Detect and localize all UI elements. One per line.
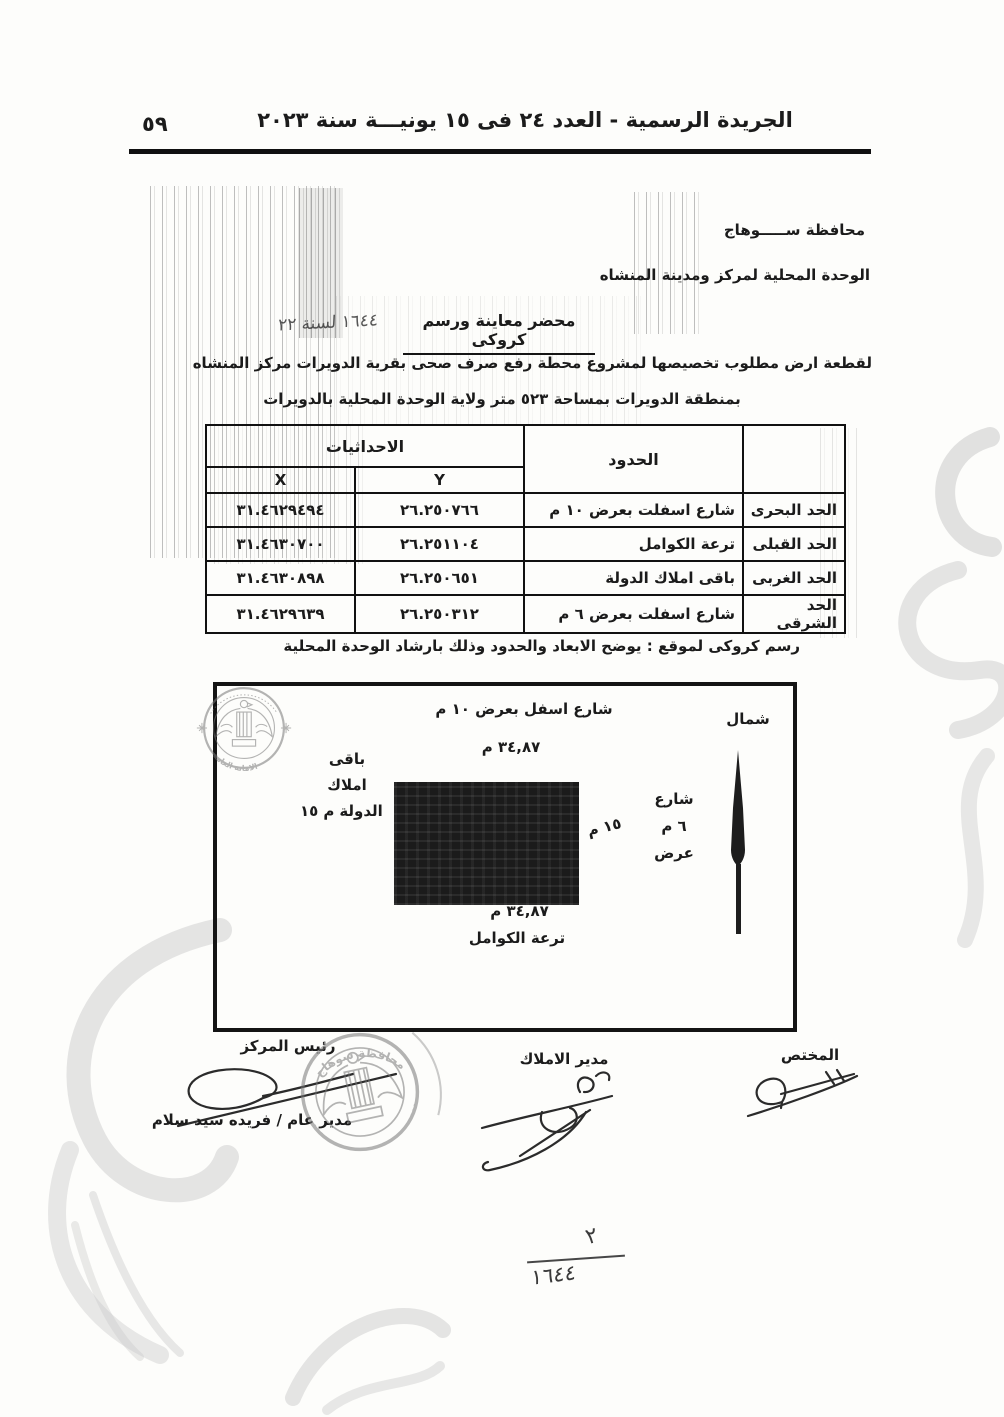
watermark-swirl-bottom-left — [0, 895, 240, 1370]
gazette-scanned-page: ٥٩ الجريدة الرسمية - العدد ٢٤ فى ١٥ يوني… — [0, 0, 1004, 1417]
table-row: ٣١.٤٦٣٠٧٠٠ ٢٦.٢٥١١٠٤ ترعة الكوامل الحد ا… — [206, 527, 845, 561]
border-name: الحد البحرى — [743, 493, 845, 527]
left-label-line: باقى — [300, 746, 394, 772]
y-value: ٢٦.٢٥٠٣١٢ — [355, 595, 524, 633]
gazette-header-title: الجريدة الرسمية - العدد ٢٤ فى ١٥ يونيـــ… — [225, 108, 825, 132]
border-desc: شارع اسفلت بعرض ١٠ م — [524, 493, 743, 527]
x-value: ٣١.٤٦٣٠٧٠٠ — [206, 527, 355, 561]
left-dimension-number: ١٥ — [300, 798, 318, 824]
sketch-bottom-dimension: ٣٤,٨٧ م — [467, 902, 572, 920]
x-column-header: X — [206, 467, 355, 493]
handwritten-numerator: ٢ — [583, 1223, 601, 1250]
table-row: ٣١.٤٦٢٩٤٩٤ ٢٦.٢٥٠٧٦٦ شارع اسفلت بعرض ١٠ … — [206, 493, 845, 527]
y-value: ٢٦.٢٥١١٠٤ — [355, 527, 524, 561]
north-arrow-icon — [726, 750, 750, 938]
x-value: ٣١.٤٦٢٩٦٣٩ — [206, 595, 355, 633]
svg-text:الامانة العامة: الامانة العامة — [211, 751, 259, 773]
y-value: ٢٦.٢٥٠٧٦٦ — [355, 493, 524, 527]
header-rule — [129, 149, 871, 154]
north-label: شمال — [720, 710, 776, 728]
sketch-top-dimension: ٣٤,٨٧ م — [451, 738, 571, 756]
border-name: الحد الغربى — [743, 561, 845, 595]
official-eagle-stamp-top: الامانة العامة — [186, 670, 302, 786]
handwritten-denominator: ١٦٤٤ — [531, 1260, 577, 1290]
x-value: ٣١.٤٦٢٩٤٩٤ — [206, 493, 355, 527]
border-desc: باقى املاك الدولة — [524, 561, 743, 595]
sketch-top-street-label: شارع اسفل بعرض ١٠ م — [374, 700, 674, 718]
right-street-line: ٦ م — [641, 813, 707, 840]
sketch-right-street-label: شارع ٦ م عرض — [641, 786, 707, 867]
border-name-header-cell — [743, 425, 845, 493]
y-column-header: Y — [355, 467, 524, 493]
left-dimension-and-label: ١٥ م الدولة — [300, 798, 394, 824]
scan-streak-artifact — [634, 192, 700, 334]
page-number: ٥٩ — [142, 112, 168, 136]
watermark-swirl-bottom-center — [265, 1238, 455, 1416]
coords-header-cell: الاحداثيات — [206, 425, 524, 467]
stamp-arc-text: الامانة العامة — [211, 751, 259, 773]
x-value: ٣١.٤٦٣٠٨٩٨ — [206, 561, 355, 595]
left-label-line: الدولة — [339, 798, 383, 824]
intro-paragraph-line1: لقطعة ارض مطلوب تخصيصها لمشروع محطة رفع … — [132, 354, 872, 372]
left-label-line: املاك — [300, 772, 394, 798]
right-street-line: عرض — [641, 840, 707, 867]
watermark-swirl-right — [840, 415, 1004, 750]
border-desc: شارع اسفلت بعرض ٦ م — [524, 595, 743, 633]
official-eagle-stamp-bottom: محافظة سوهاج — [263, 995, 458, 1190]
handwritten-case-ref: ١٦٤٤ لسنة ٢٢ — [228, 308, 429, 339]
specialist-signature — [742, 1068, 860, 1120]
document-title: محضر معاينة ورسم كروكى — [403, 311, 595, 355]
border-name: الحد الشرقى — [743, 595, 845, 633]
left-dimension-unit: م — [323, 798, 334, 824]
right-street-line: شارع — [641, 786, 707, 813]
plot-filled-rectangle — [394, 782, 579, 905]
intro-paragraph-line2: بمنطقة الدويرات بمساحة ٥٢٣ متر ولاية الو… — [258, 390, 746, 408]
borders-header-cell: الحدود — [524, 425, 743, 493]
specialist-title: المختص — [772, 1046, 848, 1064]
table-row: ٣١.٤٦٢٩٦٣٩ ٢٦.٢٥٠٣١٢ شارع اسفلت بعرض ٦ م… — [206, 595, 845, 633]
sketch-left-label: باقى املاك ١٥ م الدولة — [300, 746, 394, 824]
property-director-signature — [468, 1062, 630, 1174]
watermark-swirl-right-lower — [925, 748, 1004, 948]
sketch-right-dimension: ١٥ م — [585, 814, 623, 840]
sketch-caption: رسم كروكى لموقع : يوضح الابعاد والحدود و… — [260, 637, 800, 655]
border-desc: ترعة الكوامل — [524, 527, 743, 561]
border-name: الحد القبلى — [743, 527, 845, 561]
y-value: ٢٦.٢٥٠٦٥١ — [355, 561, 524, 595]
coordinates-borders-table: الاحداثيات الحدود X Y ٣١.٤٦٢٩٤٩٤ ٢٦.٢٥٠٧… — [205, 424, 846, 634]
local-unit-line: الوحدة المحلية لمركز ومدينة المنشاه — [600, 266, 870, 284]
table-row: ٣١.٤٦٣٠٨٩٨ ٢٦.٢٥٠٦٥١ باقى املاك الدولة ا… — [206, 561, 845, 595]
governorate-line: محافظة ســـــوهاج — [724, 221, 865, 239]
sketch-bottom-label: ترعة الكوامل — [452, 929, 582, 947]
